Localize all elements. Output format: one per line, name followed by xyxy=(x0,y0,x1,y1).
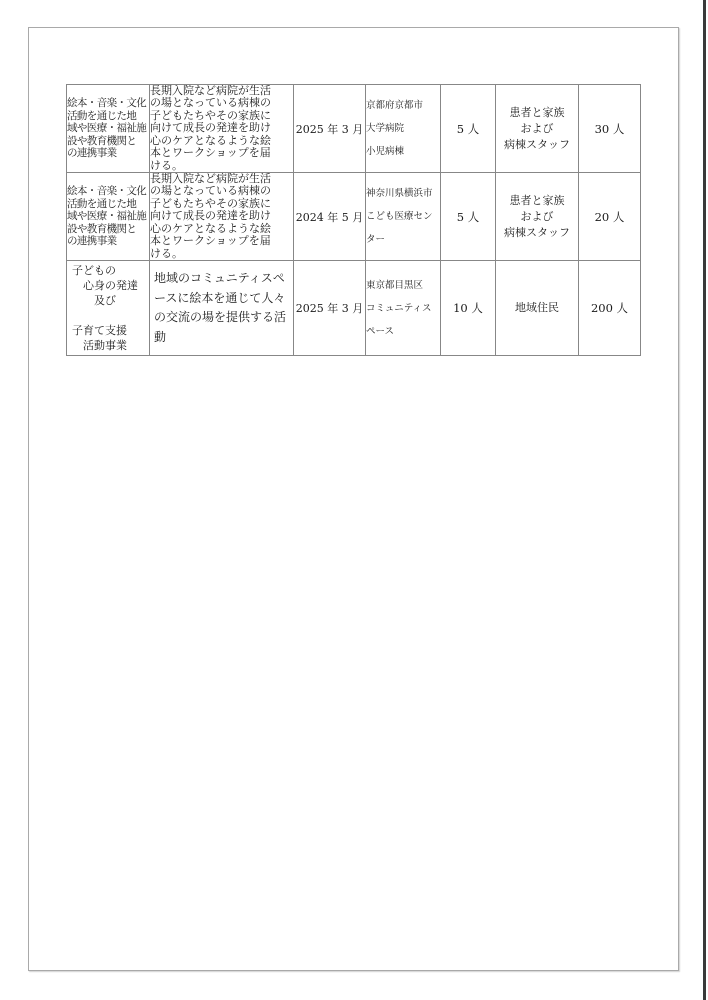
cell-line: および xyxy=(496,209,578,225)
cell-line: 東京都目黒区 xyxy=(366,274,440,297)
cell-reach: 200 人 xyxy=(579,261,641,356)
cell-date: 2024 年 5 月 xyxy=(294,173,366,261)
cell-line: 活動を通じた地 xyxy=(67,110,149,122)
cell-location: 東京都目黒区コミュニティスペース xyxy=(366,261,441,356)
cell-participants: 5 人 xyxy=(441,85,496,173)
cell-line: ースに絵本を通じて人々 xyxy=(154,289,293,309)
cell-line: 病棟スタッフ xyxy=(496,225,578,241)
cell-line: の連携事業 xyxy=(67,147,149,159)
cell-project: 絵本・音楽・文化活動を通じた地域や医療・福祉施設や教育機関との連携事業 xyxy=(67,173,150,261)
cell-line: 向けて成長の発達を助け xyxy=(150,122,293,134)
cell-description: 長期入院など病院が生活の場となっている病棟の子どもたちやその家族に向けて成長の発… xyxy=(150,85,294,173)
cell-line: 心身の発達 xyxy=(72,278,149,293)
cell-line: 患者と家族 xyxy=(496,193,578,209)
cell-line: 大学病院 xyxy=(366,117,440,140)
cell-line: コミュニティス xyxy=(366,297,440,320)
cell-line: の連携事業 xyxy=(67,235,149,247)
table-row: 絵本・音楽・文化活動を通じた地域や医療・福祉施設や教育機関との連携事業長期入院な… xyxy=(67,85,641,173)
table-row: 子どもの 心身の発達 及び 子育て支援 活動事業地域のコミュニティスペースに絵本… xyxy=(67,261,641,356)
report-table-body: 絵本・音楽・文化活動を通じた地域や医療・福祉施設や教育機関との連携事業長期入院な… xyxy=(67,85,641,356)
cell-line: 地域のコミュニティスペ xyxy=(154,269,293,289)
table-row: 絵本・音楽・文化活動を通じた地域や医療・福祉施設や教育機関との連携事業長期入院な… xyxy=(67,173,641,261)
cell-line: 子どもの xyxy=(72,263,149,278)
cell-line: こども医療セン xyxy=(366,205,440,228)
cell-line: 絵本・音楽・文化 xyxy=(67,97,149,109)
cell-line: ける。 xyxy=(150,248,293,260)
cell-date: 2025 年 3 月 xyxy=(294,85,366,173)
cell-reach: 20 人 xyxy=(579,173,641,261)
cell-description: 地域のコミュニティスペースに絵本を通じて人々の交流の場を提供する活動 xyxy=(150,261,294,356)
cell-participants: 5 人 xyxy=(441,173,496,261)
cell-audience: 患者と家族および病棟スタッフ xyxy=(496,173,579,261)
document-page: 絵本・音楽・文化活動を通じた地域や医療・福祉施設や教育機関との連携事業長期入院な… xyxy=(28,27,679,971)
cell-location: 京都府京都市大学病院小児病棟 xyxy=(366,85,441,173)
cell-line: および xyxy=(496,121,578,137)
screen: 絵本・音楽・文化活動を通じた地域や医療・福祉施設や教育機関との連携事業長期入院な… xyxy=(0,0,708,1000)
cell-line: 及び xyxy=(72,293,149,308)
cell-line: 設や教育機関と xyxy=(67,223,149,235)
cell-audience: 患者と家族および病棟スタッフ xyxy=(496,85,579,173)
cell-date: 2025 年 3 月 xyxy=(294,261,366,356)
cell-line: ける。 xyxy=(150,160,293,172)
right-edge-bar xyxy=(703,0,706,1000)
cell-line: 病棟スタッフ xyxy=(496,137,578,153)
cell-line: 向けて成長の発達を助け xyxy=(150,210,293,222)
cell-location: 神奈川県横浜市こども医療センター xyxy=(366,173,441,261)
cell-line: ター xyxy=(366,228,440,251)
cell-line: 動 xyxy=(154,328,293,348)
cell-project: 子どもの 心身の発達 及び 子育て支援 活動事業 xyxy=(67,261,150,356)
cell-line: 本とワークショップを届 xyxy=(150,235,293,247)
cell-line: 活動を通じた地 xyxy=(67,198,149,210)
cell-line: 神奈川県横浜市 xyxy=(366,182,440,205)
cell-line: ペース xyxy=(366,320,440,343)
cell-line: 京都府京都市 xyxy=(366,94,440,117)
cell-project: 絵本・音楽・文化活動を通じた地域や医療・福祉施設や教育機関との連携事業 xyxy=(67,85,150,173)
cell-line: 絵本・音楽・文化 xyxy=(67,185,149,197)
cell-line: 患者と家族 xyxy=(496,105,578,121)
cell-description: 長期入院など病院が生活の場となっている病棟の子どもたちやその家族に向けて成長の発… xyxy=(150,173,294,261)
cell-reach: 30 人 xyxy=(579,85,641,173)
cell-line: 子育て支援 xyxy=(72,323,149,338)
cell-participants: 10 人 xyxy=(441,261,496,356)
cell-line: 活動事業 xyxy=(72,338,149,353)
cell-line: 設や教育機関と xyxy=(67,135,149,147)
cell-line: 域や医療・福祉施 xyxy=(67,210,149,222)
activity-report-table: 絵本・音楽・文化活動を通じた地域や医療・福祉施設や教育機関との連携事業長期入院な… xyxy=(66,84,641,356)
cell-line: の交流の場を提供する活 xyxy=(154,308,293,328)
cell-line xyxy=(72,308,149,323)
cell-audience: 地域住民 xyxy=(496,261,579,356)
cell-line: 小児病棟 xyxy=(366,140,440,163)
cell-line: 域や医療・福祉施 xyxy=(67,122,149,134)
cell-line: 本とワークショップを届 xyxy=(150,147,293,159)
